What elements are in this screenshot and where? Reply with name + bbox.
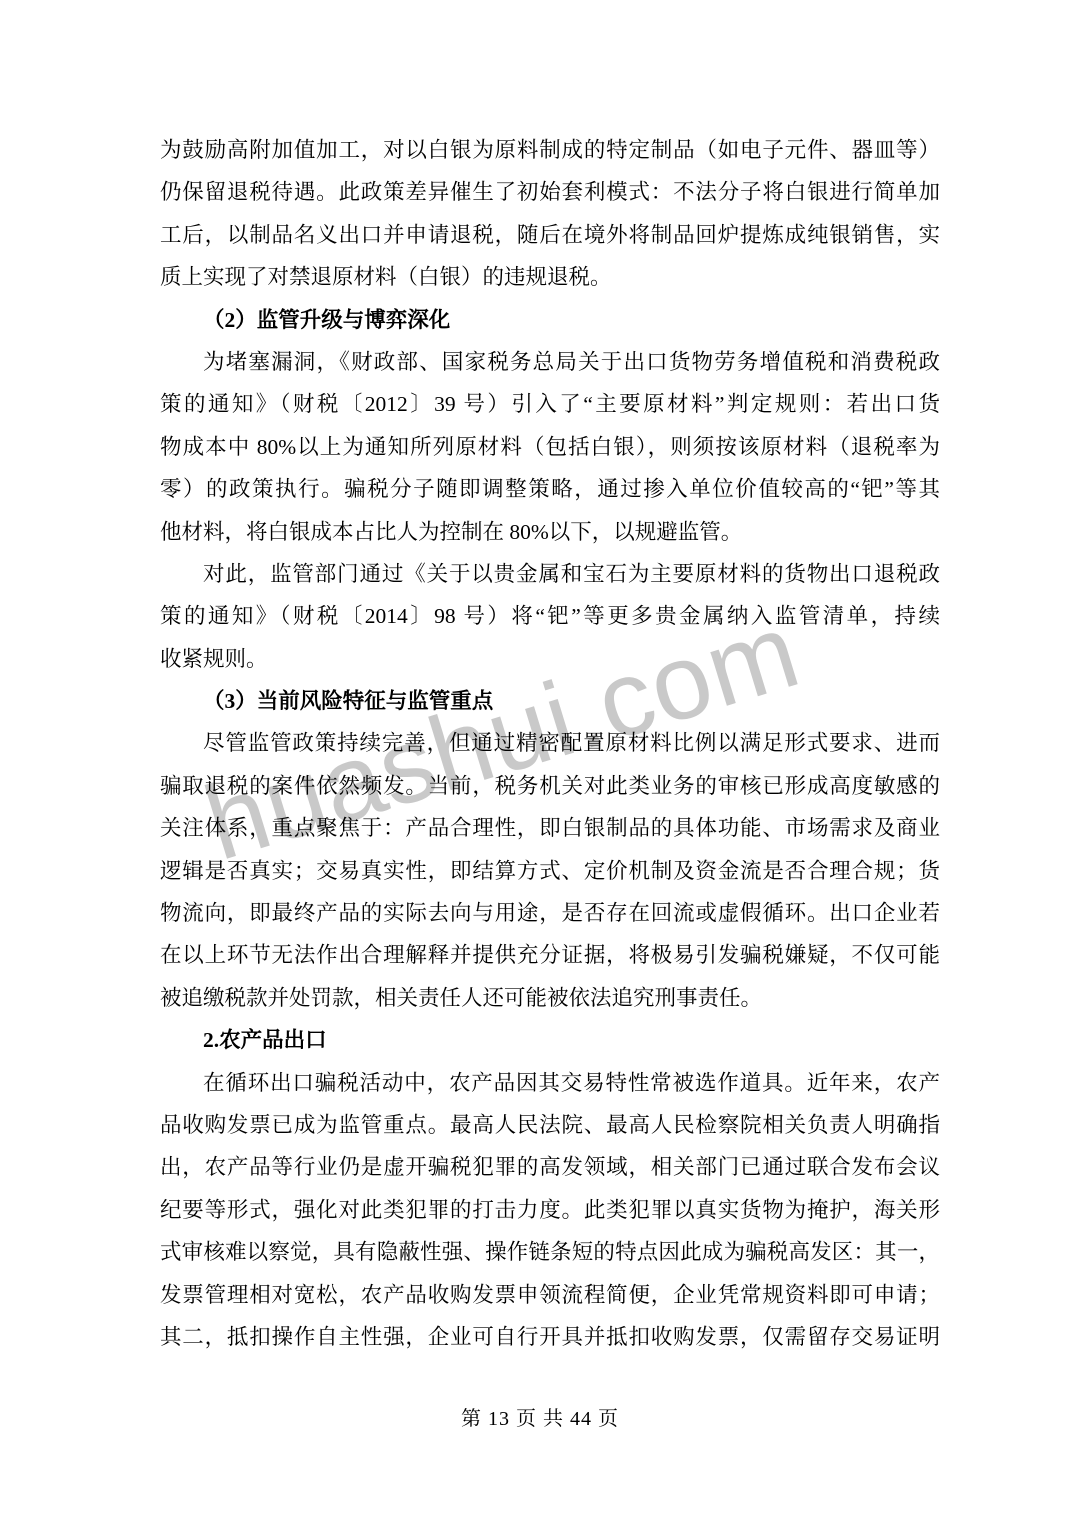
text-line: 逻辑是否真实；交易真实性，即结算方式、定价机制及资金流是否合理合规；货 (160, 850, 940, 892)
section-heading: 2.农产品出口 (160, 1019, 940, 1061)
text-line: 质上实现了对禁退原材料（白银）的违规退税。 (160, 256, 940, 298)
text-line: 物流向，即最终产品的实际去向与用途，是否存在回流或虚假循环。出口企业若 (160, 892, 940, 934)
text-line: 物成本中 80%以上为通知所列原材料（包括白银），则须按该原材料（退税率为 (160, 426, 940, 468)
text-line: 仍保留退税待遇。此政策差异催生了初始套利模式：不法分子将白银进行简单加 (160, 171, 940, 213)
text-line: 骗取退税的案件依然频发。当前，税务机关对此类业务的审核已形成高度敏感的 (160, 765, 940, 807)
text-line: 工后，以制品名义出口并申请退税，随后在境外将制品回炉提炼成纯银销售，实 (160, 214, 940, 256)
text-line: 在以上环节无法作出合理解释并提供充分证据，将极易引发骗税嫌疑，不仅可能 (160, 934, 940, 976)
section-heading: （3）当前风险特征与监管重点 (160, 680, 940, 722)
text-line: 出，农产品等行业仍是虚开骗税犯罪的高发领域，相关部门已通过联合发布会议 (160, 1146, 940, 1188)
text-line: 式审核难以察觉，具有隐蔽性强、操作链条短的特点因此成为骗税高发区：其一， (160, 1231, 940, 1273)
text-line: 收紧规则。 (160, 638, 940, 680)
text-line: 发票管理相对宽松，农产品收购发票申领流程简便，企业凭常规资料即可申请； (160, 1274, 940, 1316)
text-line: 品收购发票已成为监管重点。最高人民法院、最高人民检察院相关负责人明确指 (160, 1104, 940, 1146)
text-line: 纪要等形式，强化对此类犯罪的打击力度。此类犯罪以真实货物为掩护，海关形 (160, 1189, 940, 1231)
document-page: huashui.com 为鼓励高附加值加工，对以白银为原料制成的特定制品（如电子… (0, 0, 1080, 1529)
page-number-footer: 第 13 页 共 44 页 (0, 1402, 1080, 1431)
text-line: 在循环出口骗税活动中，农产品因其交易特性常被选作道具。近年来，农产 (160, 1062, 940, 1104)
text-line: 对此，监管部门通过《关于以贵金属和宝石为主要原材料的货物出口退税政 (160, 553, 940, 595)
text-line: 策的通知》（财税〔2012〕39 号）引入了“主要原材料”判定规则：若出口货 (160, 383, 940, 425)
section-heading: （2）监管升级与博弈深化 (160, 299, 940, 341)
text-line: 为鼓励高附加值加工，对以白银为原料制成的特定制品（如电子元件、器皿等） (160, 129, 940, 171)
text-line: 被追缴税款并处罚款，相关责任人还可能被依法追究刑事责任。 (160, 977, 940, 1019)
text-line: 关注体系，重点聚焦于：产品合理性，即白银制品的具体功能、市场需求及商业 (160, 807, 940, 849)
text-line: 他材料，将白银成本占比人为控制在 80%以下，以规避监管。 (160, 511, 940, 553)
text-line: 为堵塞漏洞，《财政部、国家税务总局关于出口货物劳务增值税和消费税政 (160, 341, 940, 383)
text-line: 尽管监管政策持续完善，但通过精密配置原材料比例以满足形式要求、进而 (160, 722, 940, 764)
text-line: 策的通知》（财税〔2014〕98 号）将“钯”等更多贵金属纳入监管清单，持续 (160, 595, 940, 637)
text-line: 零）的政策执行。骗税分子随即调整策略，通过掺入单位价值较高的“钯”等其 (160, 468, 940, 510)
document-content: 为鼓励高附加值加工，对以白银为原料制成的特定制品（如电子元件、器皿等）仍保留退税… (160, 129, 940, 1358)
text-line: 其二，抵扣操作自主性强，企业可自行开具并抵扣收购发票，仅需留存交易证明 (160, 1316, 940, 1358)
